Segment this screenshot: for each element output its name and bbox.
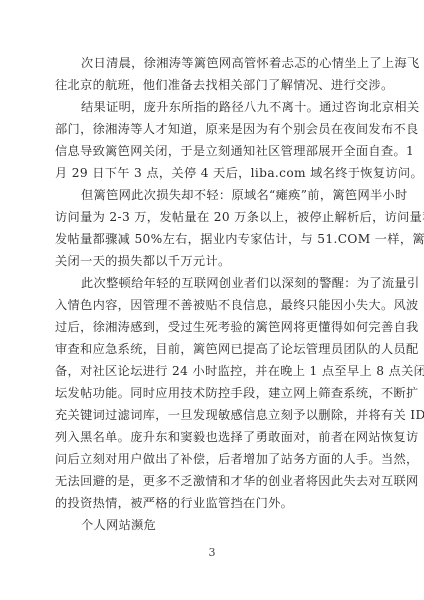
paragraph-4-line-6: 坛发帖功能。同时应用技术防控手段，建立网上筛查系统，不断扩 bbox=[55, 382, 359, 404]
paragraph-4-line-5: 备，对社区论坛进行 24 小时监控，并在晚上 1 点至早上 8 点关闭论 bbox=[55, 360, 359, 382]
paragraph-4-line-3: 过后，徐湘涛感到，受过生死考验的篱笆网将更懂得如何完善自我 bbox=[55, 316, 359, 338]
paragraph-2-line-1: 结果证明，庞升东所指的路径八九不离十。通过咨询北京相关 bbox=[55, 96, 359, 118]
document-page: 次日清晨，徐湘涛等篱笆网高管怀着忐忑的心情坐上了上海飞 往北京的航班，他们准备去… bbox=[0, 0, 424, 600]
page-number: 3 bbox=[0, 546, 424, 559]
body-text: 次日清晨，徐湘涛等篱笆网高管怀着忐忑的心情坐上了上海飞 往北京的航班，他们准备去… bbox=[55, 52, 359, 536]
paragraph-4-line-8: 列入黑名单。庞升东和窦毅也选择了勇敢面对，前者在网站恢复访 bbox=[55, 426, 359, 448]
paragraph-4-line-4: 审查和应急系统，目前，篱笆网已提高了论坛管理员团队的人员配 bbox=[55, 338, 359, 360]
paragraph-3-line-3: 发帖量都骤减 50%左右，据业内专家估计，与 51.COM 一样，篱笆网 bbox=[55, 228, 359, 250]
paragraph-4-line-11: 的投资热情，被严格的行业监管挡在门外。 bbox=[55, 492, 359, 514]
paragraph-3-line-2: 访问量为 2-3 万，发帖量在 20 万条以上，被停止解析后，访问量和 bbox=[55, 206, 359, 228]
paragraph-2-line-4: 月 29 日下午 3 点，关停 4 天后，liba.com 域名终于恢复访问。 bbox=[55, 162, 359, 184]
paragraph-4-line-1: 此次整顿给年轻的互联网创业者们以深刻的警醒：为了流量引 bbox=[55, 272, 359, 294]
paragraph-3-line-4: 关闭一天的损失都以千万元计。 bbox=[55, 250, 359, 272]
paragraph-4-line-10: 无法回避的是，更多不乏激情和才华的创业者将因此失去对互联网 bbox=[55, 470, 359, 492]
paragraph-2-line-3: 信息导致篱笆网关闭，于是立刻通知社区管理部展开全面自查。1 bbox=[55, 140, 359, 162]
paragraph-4-line-2: 入情色内容，因管理不善被贴不良信息，最终只能因小失大。风波 bbox=[55, 294, 359, 316]
paragraph-3-line-1: 但篱笆网此次损失却不轻：原域名“瘫痪”前，篱笆网半小时 bbox=[55, 184, 359, 206]
paragraph-4-line-7: 充关键词过滤词库，一旦发现敏感信息立刻予以删除，并将有关 ID bbox=[55, 404, 359, 426]
section-heading: 个人网站濒危 bbox=[55, 514, 359, 536]
paragraph-2-line-2: 部门，徐湘涛等人才知道，原来是因为有个别会员在夜间发布不良 bbox=[55, 118, 359, 140]
paragraph-1-line-1: 次日清晨，徐湘涛等篱笆网高管怀着忐忑的心情坐上了上海飞 bbox=[55, 52, 359, 74]
paragraph-4-line-9: 问后立刻对用户做出了补偿，后者增加了站务方面的人手。当然， bbox=[55, 448, 359, 470]
paragraph-1-line-2: 往北京的航班，他们准备去找相关部门了解情况、进行交涉。 bbox=[55, 74, 359, 96]
